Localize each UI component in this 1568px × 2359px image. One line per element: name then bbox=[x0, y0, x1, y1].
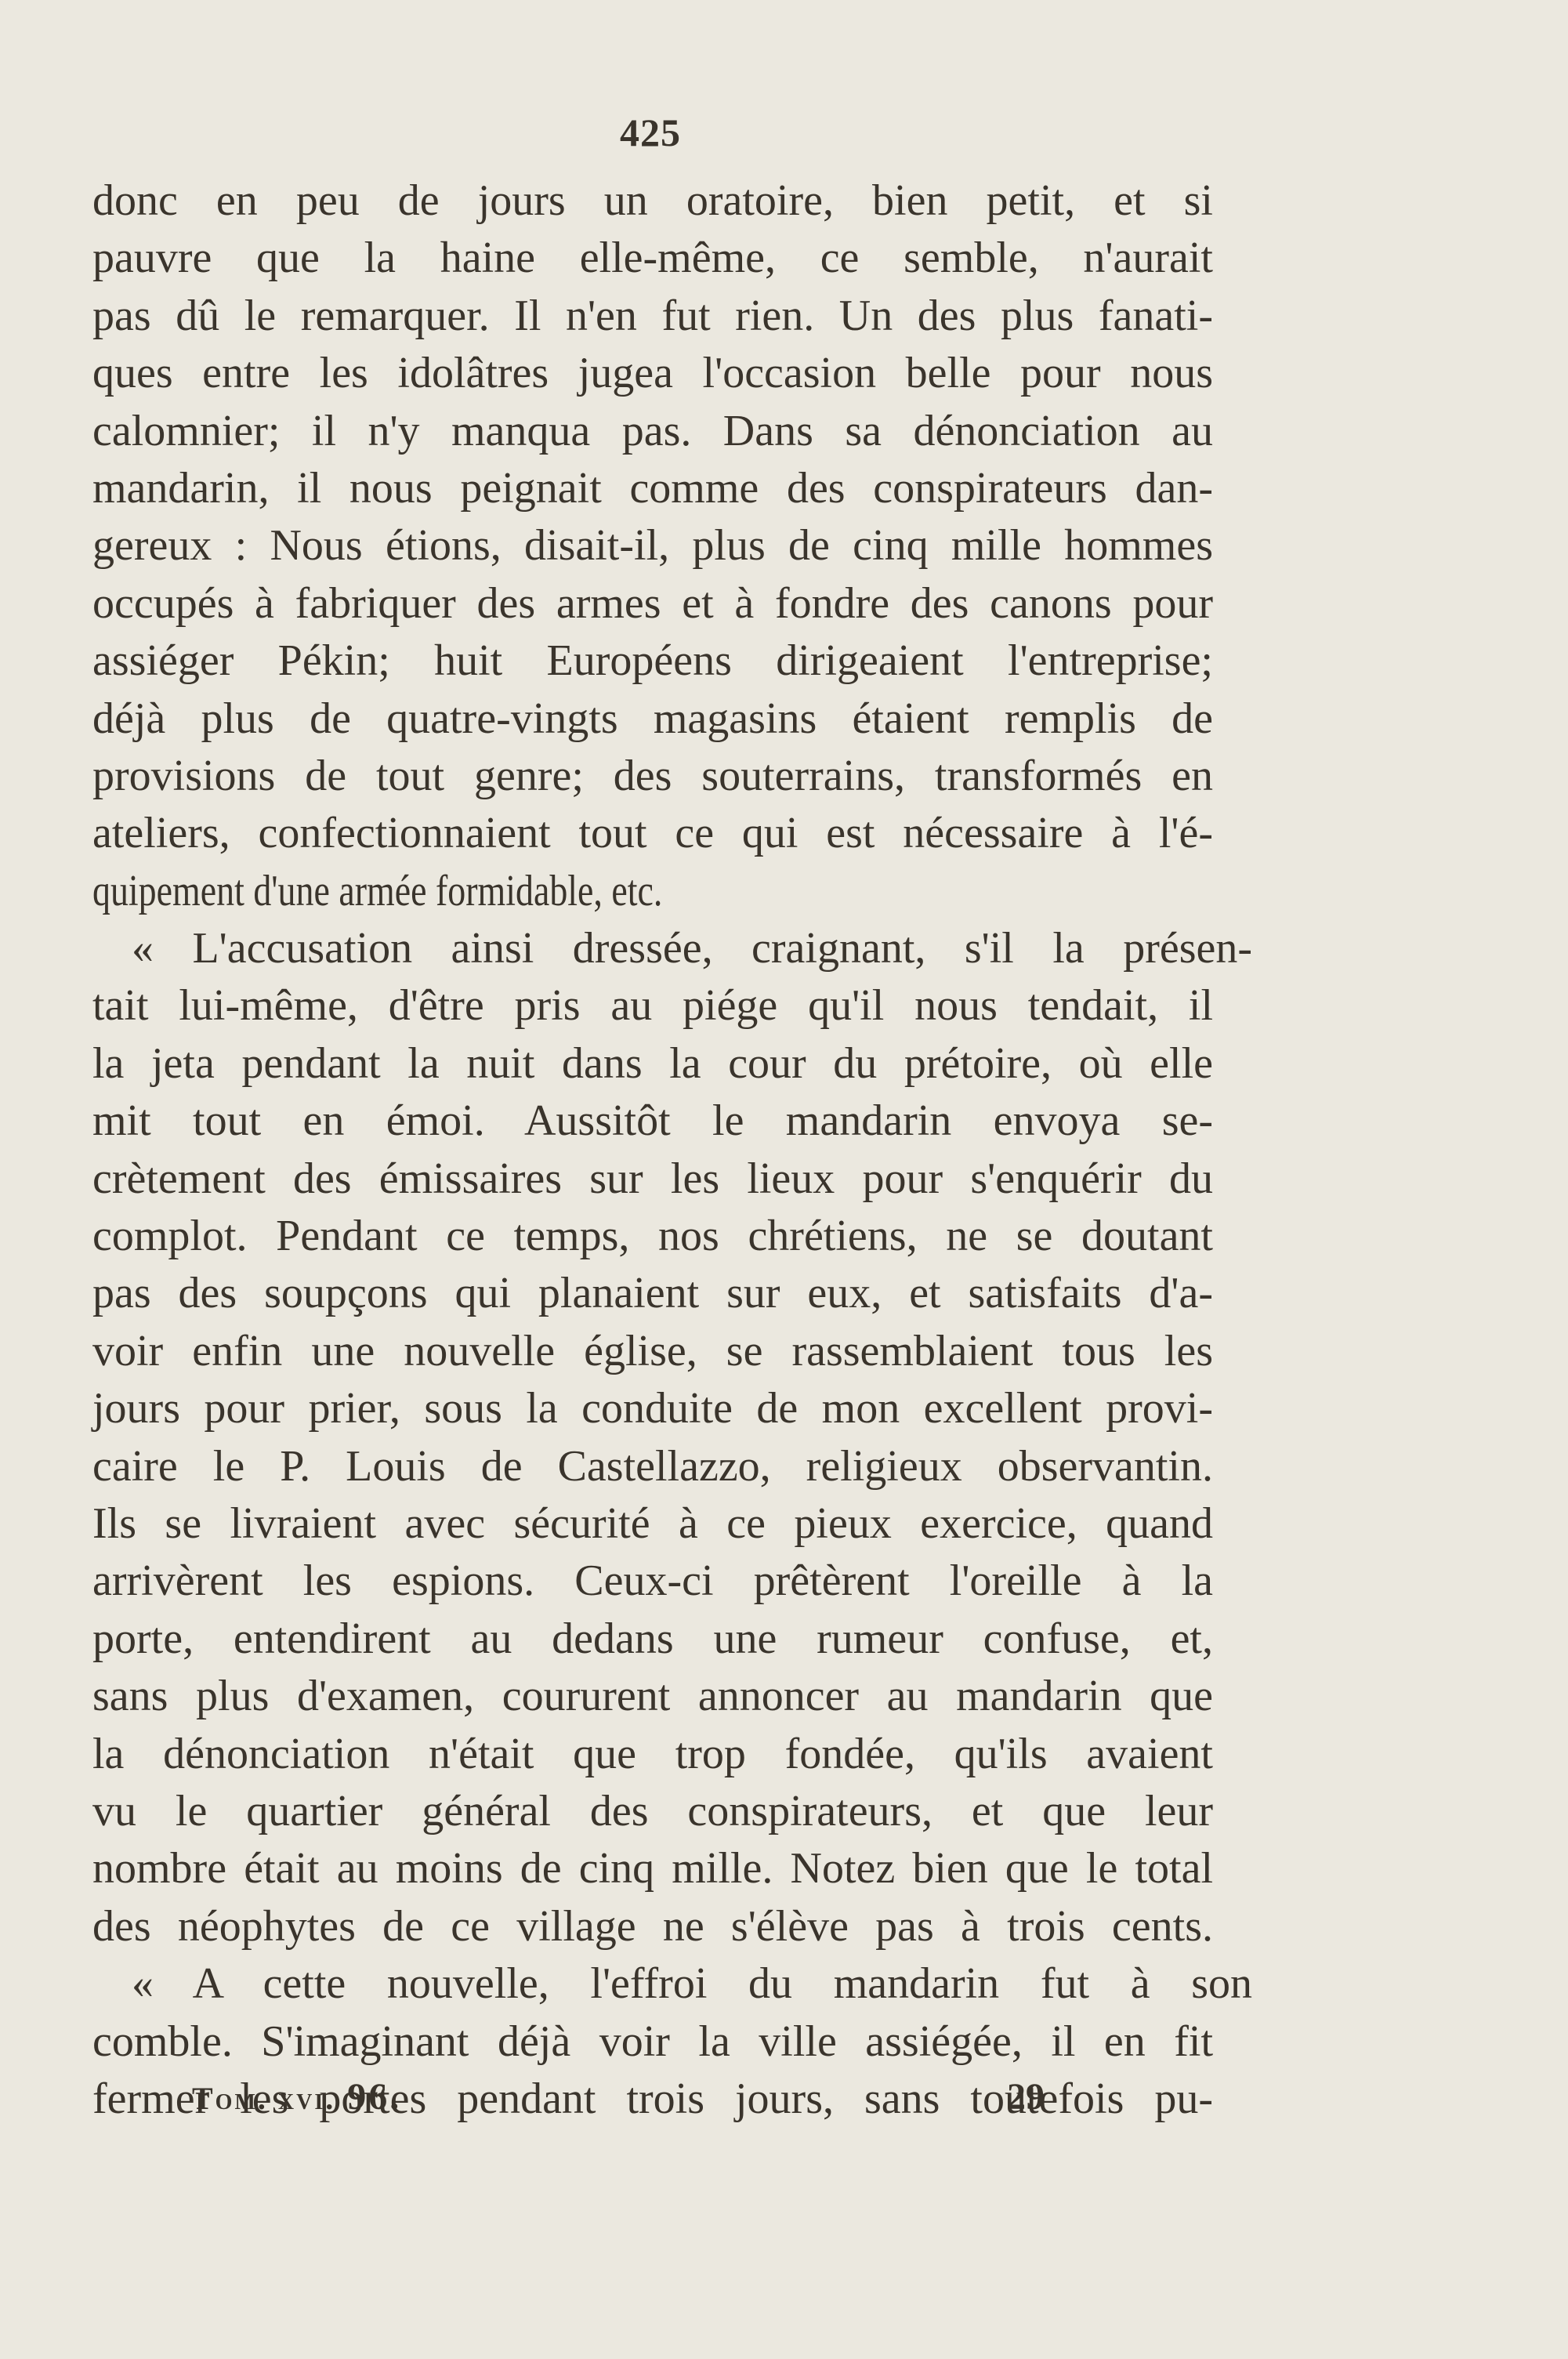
text-line: tait lui-même, d'être pris au piége qu'i… bbox=[92, 977, 1213, 1035]
text-line: nombre était au moins de cinq mille. Not… bbox=[92, 1840, 1213, 1897]
text-line: jours pour prier, sous la conduite de mo… bbox=[92, 1380, 1213, 1437]
text-line: occupés à fabriquer des armes et à fondr… bbox=[92, 575, 1213, 632]
text-line: ques entre les idolâtres jugea l'occasio… bbox=[92, 345, 1213, 402]
body-text: donc en peu de jours un oratoire, bien p… bbox=[92, 172, 1213, 2128]
text-line: gereux : Nous étions, disait-il, plus de… bbox=[92, 517, 1213, 574]
text-line: pas dû le remarquer. Il n'en fut rien. U… bbox=[92, 288, 1213, 345]
signature-prefix: Tom. xvi. bbox=[192, 2081, 335, 2116]
text-line: pas des soupçons qui planaient sur eux, … bbox=[92, 1265, 1213, 1322]
text-line: pauvre que la haine elle-même, ce semble… bbox=[92, 230, 1213, 287]
text-line: mit tout en émoi. Aussitôt le mandarin e… bbox=[92, 1093, 1213, 1150]
text-line: comble. S'imaginant déjà voir la ville a… bbox=[92, 2013, 1213, 2071]
text-line: « L'accusation ainsi dressée, craignant,… bbox=[92, 920, 1252, 977]
text-line: quipement d'une armée formidable, etc. bbox=[92, 863, 1012, 920]
text-line: calomnier; il n'y manqua pas. Dans sa dé… bbox=[92, 403, 1213, 460]
text-line: la dénonciation n'était que trop fondée,… bbox=[92, 1726, 1213, 1783]
text-line: vu le quartier général des conspirateurs… bbox=[92, 1783, 1213, 1840]
text-line: complot. Pendant ce temps, nos chrétiens… bbox=[92, 1208, 1213, 1265]
text-line: caire le P. Louis de Castellazzo, religi… bbox=[92, 1438, 1213, 1495]
text-line: sans plus d'examen, coururent annoncer a… bbox=[92, 1668, 1213, 1725]
text-line: mandarin, il nous peignait comme des con… bbox=[92, 460, 1213, 517]
text-line: donc en peu de jours un oratoire, bien p… bbox=[92, 172, 1213, 230]
text-line: des néophytes de ce village ne s'élève p… bbox=[92, 1898, 1213, 1955]
signature-mark: Tom. xvi. 96. bbox=[192, 2075, 401, 2118]
signature-number: 96. bbox=[347, 2076, 401, 2118]
sheet-number: 29 bbox=[1007, 2075, 1045, 2118]
text-line: « A cette nouvelle, l'effroi du mandarin… bbox=[92, 1955, 1252, 2013]
text-line: ateliers, confectionnaient tout ce qui e… bbox=[92, 805, 1213, 862]
text-line: arrivèrent les espions. Ceux-ci prêtèren… bbox=[92, 1553, 1213, 1610]
text-line: Ils se livraient avec sécurité à ce pieu… bbox=[92, 1495, 1213, 1553]
text-line: déjà plus de quatre-vingts magasins étai… bbox=[92, 690, 1213, 748]
text-line: assiéger Pékin; huit Européens dirigeaie… bbox=[92, 632, 1213, 690]
text-line: provisions de tout genre; des souterrain… bbox=[92, 748, 1213, 805]
text-line: voir enfin une nouvelle église, se rasse… bbox=[92, 1323, 1213, 1380]
text-line: la jeta pendant la nuit dans la cour du … bbox=[92, 1035, 1213, 1093]
page-number: 425 bbox=[0, 110, 1301, 155]
text-line: porte, entendirent au dedans une rumeur … bbox=[92, 1611, 1213, 1668]
text-line: crètement des émissaires sur les lieux p… bbox=[92, 1151, 1213, 1208]
page-footer: Tom. xvi. 96. 29 bbox=[0, 2075, 1568, 2122]
